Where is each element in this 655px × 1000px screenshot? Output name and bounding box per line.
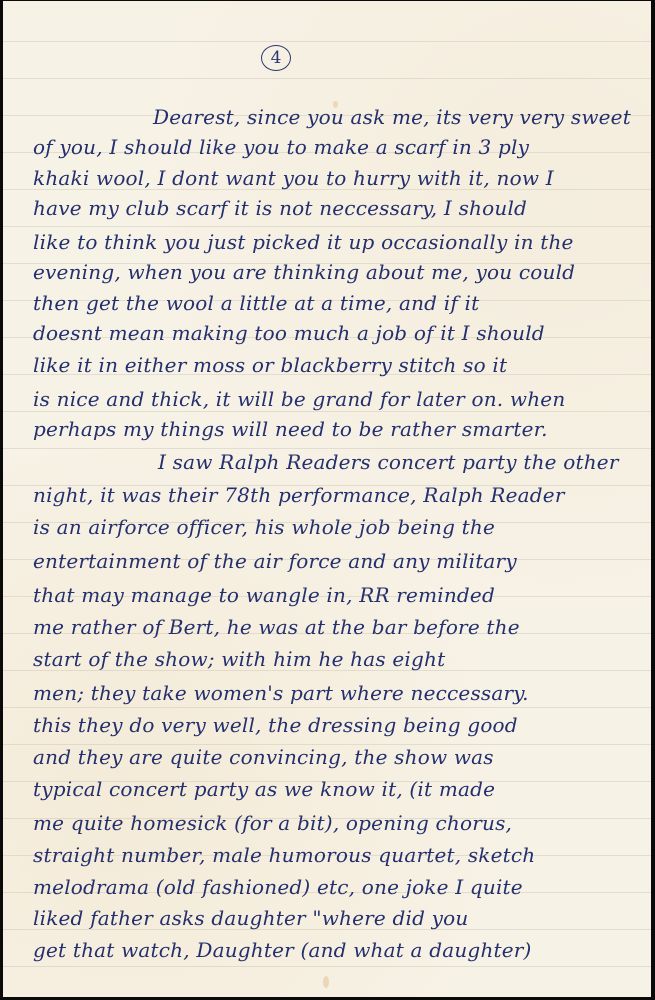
handwritten-line: melodrama (old fashioned) etc, one joke … bbox=[33, 875, 523, 899]
handwritten-line: start of the show; with him he has eight bbox=[33, 647, 445, 671]
handwritten-line: straight number, male humorous quartet, … bbox=[33, 843, 535, 867]
handwritten-line: khaki wool, I dont want you to hurry wit… bbox=[33, 166, 554, 190]
handwritten-line: is nice and thick, it will be grand for … bbox=[33, 387, 565, 411]
handwritten-line: is an airforce officer, his whole job be… bbox=[33, 515, 495, 539]
handwritten-line: of you, I should like you to make a scar… bbox=[33, 135, 529, 159]
handwritten-line: men; they take women's part where necces… bbox=[33, 681, 529, 705]
handwritten-line: doesnt mean making too much a job of it … bbox=[33, 321, 545, 345]
page-number: 4 bbox=[261, 45, 291, 71]
handwritten-line: like to think you just picked it up occa… bbox=[33, 230, 574, 254]
handwritten-line: typical concert party as we know it, (it… bbox=[33, 777, 495, 801]
handwritten-line: like it in either moss or blackberry sti… bbox=[33, 353, 507, 377]
handwritten-line: then get the wool a little at a time, an… bbox=[33, 291, 479, 315]
handwritten-line: Dearest, since you ask me, its very very… bbox=[153, 105, 631, 129]
handwritten-line: get that watch, Daughter (and what a dau… bbox=[33, 938, 532, 962]
letter-page: 4 Dearest, since you ask me, its very ve… bbox=[3, 1, 651, 997]
handwritten-line: have my club scarf it is not neccessary,… bbox=[33, 196, 527, 220]
handwritten-line: that may manage to wangle in, RR reminde… bbox=[33, 583, 495, 607]
handwritten-line: this they do very well, the dressing bei… bbox=[33, 713, 518, 737]
handwritten-line: night, it was their 78th performance, Ra… bbox=[33, 483, 565, 507]
handwritten-line: entertainment of the air force and any m… bbox=[33, 549, 517, 573]
handwritten-line: evening, when you are thinking about me,… bbox=[33, 260, 575, 284]
handwritten-line: and they are quite convincing, the show … bbox=[33, 745, 494, 769]
handwritten-line: me quite homesick (for a bit), opening c… bbox=[33, 811, 512, 835]
handwritten-line: me rather of Bert, he was at the bar bef… bbox=[33, 615, 520, 639]
handwritten-line: perhaps my things will need to be rather… bbox=[33, 417, 548, 441]
handwritten-line: liked father asks daughter "where did yo… bbox=[33, 906, 469, 930]
handwritten-line: I saw Ralph Readers concert party the ot… bbox=[158, 450, 619, 474]
paper-stain bbox=[323, 976, 329, 988]
